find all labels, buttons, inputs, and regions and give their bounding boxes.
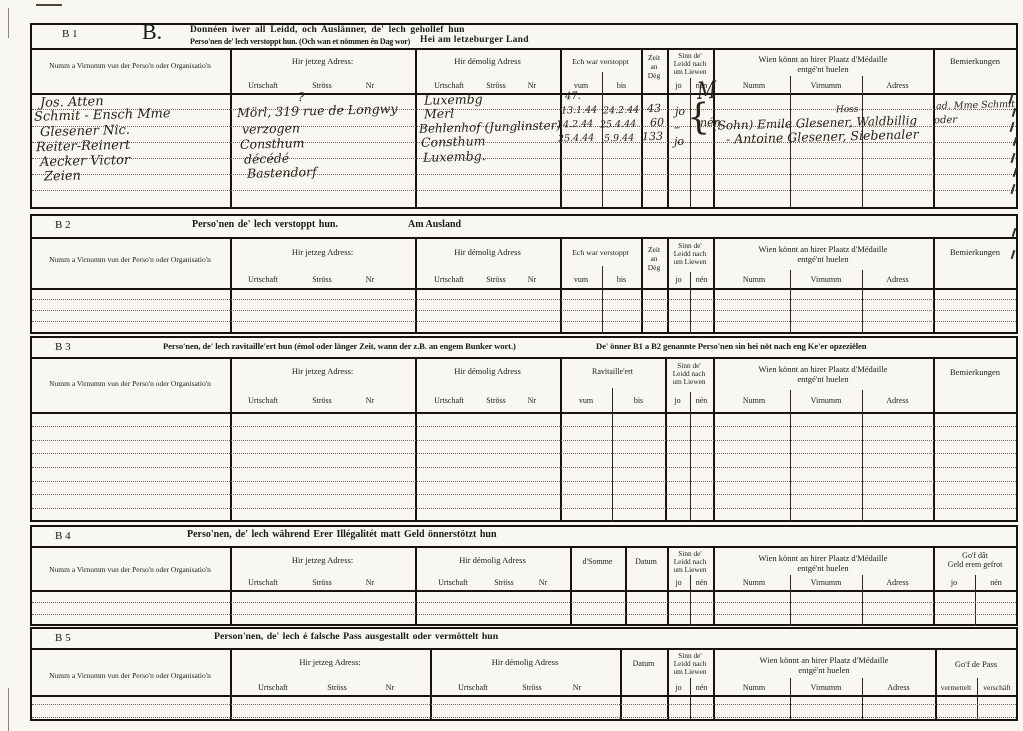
table-line-h	[30, 412, 1018, 414]
section-id: B 3	[55, 342, 71, 354]
row-dotted-line	[32, 109, 1016, 110]
section-title: De' önner B1 a B2 genannte Perso'nen sin…	[596, 342, 866, 351]
table-line-v	[612, 388, 613, 522]
subcol-nen: nén	[975, 579, 1017, 587]
row-dotted-line	[32, 440, 1016, 441]
col-header-medal: Wien könnt an hirer Plaatz d'Médaille	[713, 656, 935, 665]
col-header-ravitailleert: Ravitaille'ert	[560, 368, 665, 376]
subcol-urtschaft: Urtschaft	[238, 82, 288, 90]
row-dotted-line	[32, 174, 1016, 175]
col-header-hidden-period: Ech war verstoppt	[560, 249, 641, 257]
col-header-current-address: Hir jetzeg Adress:	[230, 658, 430, 667]
subcol-nen: nén	[690, 579, 713, 587]
row-dotted-line	[32, 508, 1016, 509]
handwritten-name: Schmit - Ensch Mme	[34, 107, 171, 124]
section-title: Perso'nen, de' lech während Erer Illégal…	[187, 530, 497, 541]
row-dotted-line	[32, 158, 1016, 159]
subcol-urtschaft: Urtschaft	[424, 82, 474, 90]
section-subtitle: Am Ausland	[408, 220, 461, 231]
col-header-zeit: Dèg	[641, 264, 667, 272]
table-line-h	[30, 695, 1018, 697]
handwritten-dash: –	[674, 121, 680, 133]
col-header-medal: entgé'nt huelen	[713, 255, 933, 264]
subcol-vum: vum	[560, 276, 602, 284]
subcol-stross: Ströss	[300, 82, 344, 90]
subcol-adress: Adress	[862, 684, 935, 692]
table-line-h	[30, 648, 1018, 650]
subcol-nr: Nr	[521, 276, 543, 284]
subcol-nr: Nr	[521, 397, 543, 405]
col-header-former-address: Hir démolig Adress	[415, 556, 570, 565]
table-line-v	[862, 390, 863, 522]
subcol-nen: nén	[690, 397, 713, 405]
subcol-urtschaft: Urtschaft	[424, 276, 474, 284]
row-dotted-line	[32, 310, 1016, 311]
col-header-medal: Wien könnt an hirer Plaatz d'Médaille	[713, 55, 933, 64]
subcol-urtschaft: Urtschaft	[238, 579, 288, 587]
section-id: B 4	[55, 531, 71, 543]
subcol-urtschaft: Urtschaft	[424, 397, 474, 405]
subcol-nr: Nr	[358, 579, 382, 587]
table-line-h	[30, 546, 1018, 548]
table-line-h	[30, 288, 1018, 290]
subcol-jo: jo	[933, 579, 975, 587]
subcol-stross: Ströss	[510, 684, 554, 692]
row-dotted-line	[32, 704, 1016, 705]
col-header-alive: um Liewen	[665, 378, 713, 386]
subcol-vermettelt: vermettelt	[935, 684, 977, 692]
handwritten-name: Glesener Nic.	[40, 124, 130, 139]
table-line-v	[933, 48, 935, 207]
subcol-vum: vum	[560, 82, 602, 90]
handwritten-remark: ad. Mme Schmit	[936, 100, 1015, 112]
subcol-jo: jo	[667, 579, 690, 587]
col-header-current-address: Hir jetzeg Adress:	[230, 556, 415, 565]
handwritten-former-address: Consthum	[421, 135, 486, 149]
subcol-urtschaft: Urtschaft	[248, 684, 298, 692]
subcol-stross: Ströss	[300, 276, 344, 284]
col-header-gof-geld: Geld erem gefrot	[933, 561, 1017, 569]
section-title: Hei am letzeburger Land	[420, 36, 529, 46]
scanned-form-page: B 1 B. Donnéen iwer all Leidd, och Auslä…	[0, 0, 1023, 731]
subcol-numm: Numm	[718, 276, 790, 284]
col-header-former-address: Hir démolig Adress	[415, 367, 560, 376]
handwritten-name: Reiter-Reinert	[36, 139, 131, 154]
handwritten-name: Aecker Victor	[40, 154, 130, 169]
handwritten-days: 43	[647, 103, 661, 114]
subcol-stross: Ströss	[476, 276, 516, 284]
table-line-v	[602, 72, 603, 207]
subcol-nr: Nr	[530, 579, 556, 587]
row-dotted-line	[32, 717, 1016, 718]
row-dotted-line	[32, 602, 1016, 603]
row-dotted-line	[32, 481, 1016, 482]
handwritten-remark: oder	[934, 116, 957, 127]
table-line-h	[30, 590, 1018, 592]
section-letter: B.	[142, 20, 162, 43]
subcol-virnumm: Virnumm	[790, 82, 862, 90]
row-dotted-line	[32, 299, 1016, 300]
table-line-v	[690, 392, 691, 522]
handwritten-insertion: Hoss	[836, 106, 859, 116]
subcol-nr: Nr	[378, 684, 402, 692]
subcol-urtschaft: Urtschaft	[238, 276, 288, 284]
subcol-stross: Ströss	[300, 579, 344, 587]
col-header-current-address: Hir jetzeg Adress:	[230, 57, 415, 66]
subcol-numm: Numm	[718, 579, 790, 587]
handwritten-date-bis: 24.2.44	[603, 106, 640, 116]
subcol-verschaft: verschäft	[977, 684, 1017, 692]
subcol-nr: Nr	[358, 397, 382, 405]
handwritten-days: 60	[650, 117, 664, 128]
section-b4-table	[30, 525, 1018, 626]
row-dotted-line	[32, 321, 1016, 322]
handwritten-former-address: Luxembg.	[423, 150, 486, 164]
table-line-v	[620, 648, 622, 721]
handwritten-jo: jo	[674, 136, 684, 147]
handwritten-current-address: Consthum	[240, 137, 305, 151]
table-line-h	[30, 93, 1018, 95]
subcol-nen: nén	[690, 276, 713, 284]
col-header-datum: Datum	[620, 660, 667, 668]
scan-mark	[36, 4, 62, 6]
subcol-virnumm: Virnumm	[790, 579, 862, 587]
subcol-virnumm: Virnumm	[790, 684, 862, 692]
row-dotted-line	[32, 614, 1016, 615]
handwritten-name: Zeien	[44, 170, 81, 184]
col-header-current-address: Hir jetzeg Adress:	[230, 367, 415, 376]
subcol-stross: Ströss	[300, 397, 344, 405]
handwritten-jo: jo	[675, 106, 685, 117]
col-header-somme: d'Somme	[570, 558, 625, 566]
col-header-remarks: Bemierkungen	[933, 57, 1017, 66]
subcol-adress: Adress	[862, 579, 933, 587]
subcol-nen: nén	[690, 684, 713, 692]
section-title: Perso'nen, de' lech ravitaille'ert hun (…	[163, 342, 516, 351]
scan-mark	[8, 688, 9, 731]
handwritten-current-address: verzogen	[242, 122, 300, 136]
subcol-virnumm: Virnumm	[790, 276, 862, 284]
col-header-datum: Datum	[625, 558, 667, 566]
col-header-medal: Wien könnt an hirer Plaatz d'Médaille	[713, 554, 933, 563]
scan-mark	[8, 8, 9, 38]
subcol-stross: Ströss	[476, 397, 516, 405]
row-dotted-line	[32, 426, 1016, 427]
subcol-stross: Ströss	[476, 82, 516, 90]
col-header-gof-pass: Go'f de Pass	[935, 660, 1017, 669]
col-header-former-address: Hir démolig Adress	[415, 57, 560, 66]
handwritten-date-bis: 5.9.44	[604, 134, 634, 144]
section-id: B 1	[62, 29, 78, 41]
col-header-medal: Wien könnt an hirer Plaatz d'Médaille	[713, 245, 933, 254]
row-dotted-line	[32, 190, 1016, 191]
col-header-alive: um Liewen	[667, 668, 713, 676]
handwritten-date-bis: 25.4.44	[600, 120, 637, 130]
handwritten-current-address: Bastendorf	[247, 166, 317, 180]
section-id: B 5	[55, 633, 71, 645]
subcol-jo: jo	[665, 397, 690, 405]
col-header-former-address: Hir démolig Adress	[415, 248, 560, 257]
section-title: Person'nen, de' lech é falsche Pass ausg…	[214, 632, 498, 642]
col-header-alive: um Liewen	[667, 258, 713, 266]
col-header-medal: entgé'nt huelen	[713, 65, 933, 74]
subcol-stross: Ströss	[482, 579, 526, 587]
subcol-numm: Numm	[718, 397, 790, 405]
col-header-name: Numm a Virnumm vun der Perso'n oder Orga…	[32, 256, 228, 264]
table-line-h	[30, 48, 1018, 50]
subcol-urtschaft: Urtschaft	[238, 397, 288, 405]
subcol-bis: bis	[602, 276, 641, 284]
col-header-alive: um Liewen	[667, 68, 713, 76]
col-header-name: Numm a Virnumm vun der Perso'n oder Orga…	[32, 566, 228, 574]
subcol-nr: Nr	[358, 82, 382, 90]
handwritten-date-vum: 24.2.44	[557, 120, 594, 130]
section-b2-table	[30, 214, 1018, 334]
subcol-nr: Nr	[358, 276, 382, 284]
table-line-v	[415, 48, 417, 207]
col-header-zeit: Zeit	[641, 246, 667, 254]
subcol-nr: Nr	[521, 82, 543, 90]
handwritten-former-address: Behlenhof (Junglinster)	[419, 119, 561, 135]
subcol-bis: bis	[612, 397, 665, 405]
col-header-alive: um Liewen	[667, 566, 713, 574]
table-line-h	[30, 357, 1018, 359]
col-header-name: Numm a Virnumm vun der Perso'n oder Orga…	[32, 62, 228, 70]
col-header-zeit: Zeit	[641, 54, 667, 62]
table-line-v	[790, 390, 791, 522]
col-header-name: Numm a Virnumm vun der Perso'n oder Orga…	[32, 672, 228, 680]
table-line-v	[230, 48, 232, 207]
handwritten-days: 133	[642, 131, 663, 143]
subcol-vum: vum	[560, 397, 612, 405]
subcol-jo: jo	[667, 276, 690, 284]
subcol-adress: Adress	[862, 276, 933, 284]
col-header-hidden-period: Ech war verstoppt	[560, 58, 641, 66]
subcol-urtschaft: Urtschaft	[448, 684, 498, 692]
subcol-bis: bis	[602, 82, 641, 90]
handwritten-date-vum: 25.4.44	[558, 134, 595, 144]
col-header-current-address: Hir jetzeg Adress:	[230, 248, 415, 257]
handwritten-former-address: Merl	[424, 108, 454, 121]
subcol-jo: jo	[667, 82, 690, 90]
col-header-medal: entgé'nt huelen	[713, 564, 933, 573]
subcol-adress: Adress	[862, 82, 933, 90]
col-header-zeit: Dèg	[641, 72, 667, 80]
col-header-medal: entgé'nt huelen	[713, 375, 933, 384]
row-dotted-line	[32, 467, 1016, 468]
handwritten-current-address: ?	[298, 91, 305, 103]
col-header-medal: Wien könnt an hirer Plaatz d'Médaille	[713, 365, 933, 374]
subcol-numm: Numm	[718, 82, 790, 90]
col-header-former-address: Hir démolig Adress	[430, 658, 620, 667]
subcol-stross: Ströss	[315, 684, 359, 692]
handwritten-date-vum: 47.	[565, 92, 581, 102]
subcol-adress: Adress	[862, 397, 933, 405]
col-header-medal: entgé'nt huelen	[713, 666, 935, 675]
col-header-zeit: an	[641, 63, 667, 71]
section-id: B 2	[55, 220, 71, 232]
section-title: Perso'nen de' lech verstoppt hun. (Och w…	[190, 37, 410, 46]
subcol-numm: Numm	[718, 684, 790, 692]
col-header-zeit: an	[641, 255, 667, 263]
handwritten-date-vum: 13.1.44	[561, 106, 598, 116]
subcol-virnumm: Virnumm	[790, 397, 862, 405]
row-dotted-line	[32, 453, 1016, 454]
section-title: Perso'nen de' lech verstoppt hun.	[192, 220, 338, 231]
subcol-nr: Nr	[565, 684, 589, 692]
col-header-name: Numm a Virnumm vun der Perso'n oder Orga…	[32, 380, 228, 388]
col-header-remarks: Bemierkungen	[933, 248, 1017, 257]
row-dotted-line	[32, 494, 1016, 495]
subcol-jo: jo	[667, 684, 690, 692]
subcol-urtschaft: Urtschaft	[428, 579, 478, 587]
col-header-remarks: Bemierkungen	[933, 368, 1017, 377]
table-line-h	[30, 237, 1018, 239]
